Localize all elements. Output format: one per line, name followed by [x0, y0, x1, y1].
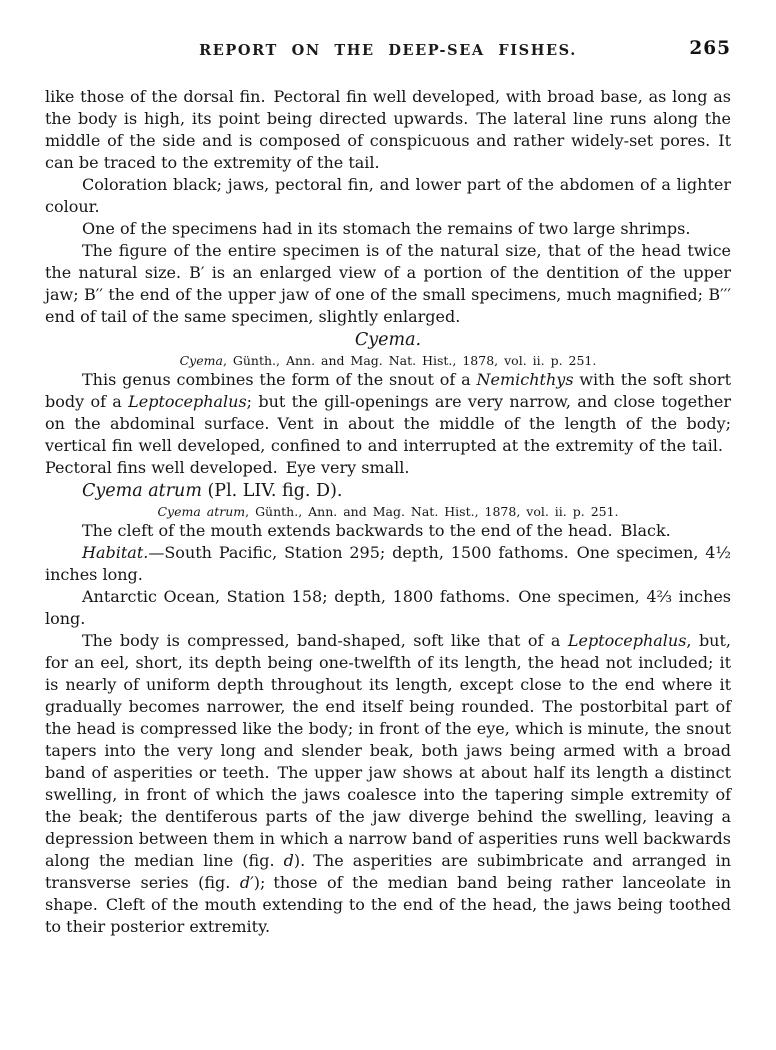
running-header: REPORT ON THE DEEP-SEA FISHES. 265	[0, 0, 776, 66]
paragraph: Habitat.—South Pacific, Station 295; dep…	[45, 542, 731, 586]
citation: Cyema atrum, Günth., Ann. and Mag. Nat. …	[45, 503, 731, 520]
paragraph: The cleft of the mouth extends backwards…	[45, 520, 731, 542]
page-body: like those of the dorsal fin. Pectoral f…	[45, 86, 731, 938]
text-run: like those of the dorsal fin. Pectoral f…	[45, 87, 731, 172]
italic-text: Cyema atrum	[157, 504, 245, 519]
text-run: (Pl. LIV. fig. D).	[202, 481, 343, 501]
text-run: Coloration black; jaws, pectoral fin, an…	[45, 175, 731, 216]
text-run: —South Pacific, Station 295; depth, 1500…	[45, 543, 731, 584]
paragraph: One of the specimens had in its stomach …	[45, 218, 731, 240]
italic-text: Cyema.	[355, 330, 421, 350]
page-number: 265	[689, 38, 731, 59]
paragraph: The body is compressed, band-shaped, sof…	[45, 630, 731, 938]
paragraph: This genus combines the form of the snou…	[45, 369, 731, 479]
text-run: The figure of the entire specimen is of …	[45, 241, 731, 326]
text-run: , Günth., Ann. and Mag. Nat. Hist., 1878…	[245, 504, 618, 519]
italic-text: d′	[240, 873, 254, 892]
paragraph: The figure of the entire specimen is of …	[45, 240, 731, 328]
text-run: One of the specimens had in its stomach …	[82, 219, 690, 238]
italic-text: Nemichthys	[477, 370, 574, 389]
paragraph: Antarctic Ocean, Station 158; depth, 180…	[45, 586, 731, 630]
italic-text: d	[284, 851, 294, 870]
paragraph: like those of the dorsal fin. Pectoral f…	[45, 86, 731, 174]
text-run: This genus combines the form of the snou…	[82, 370, 477, 389]
italic-text: Leptocephalus	[568, 631, 687, 650]
text-run: The cleft of the mouth extends backwards…	[82, 521, 671, 540]
italic-text: Cyema atrum	[82, 481, 202, 501]
italic-text: Habitat.	[82, 543, 148, 562]
species-heading: Cyema atrum (Pl. LIV. fig. D).	[45, 479, 731, 503]
italic-text: Leptocephalus	[128, 392, 247, 411]
text-run: , Günth., Ann. and Mag. Nat. Hist., 1878…	[223, 353, 596, 368]
citation: Cyema, Günth., Ann. and Mag. Nat. Hist.,…	[45, 352, 731, 369]
paragraph: Coloration black; jaws, pectoral fin, an…	[45, 174, 731, 218]
genus-heading: Cyema.	[45, 328, 731, 352]
italic-text: Cyema	[180, 353, 223, 368]
running-title: REPORT ON THE DEEP-SEA FISHES.	[0, 42, 776, 59]
scanned-book-page: REPORT ON THE DEEP-SEA FISHES. 265 like …	[0, 0, 776, 1050]
text-run: The body is compressed, band-shaped, sof…	[82, 631, 568, 650]
text-run: , but, for an eel, short, its depth bein…	[45, 631, 731, 870]
text-run: Antarctic Ocean, Station 158; depth, 180…	[45, 587, 731, 628]
